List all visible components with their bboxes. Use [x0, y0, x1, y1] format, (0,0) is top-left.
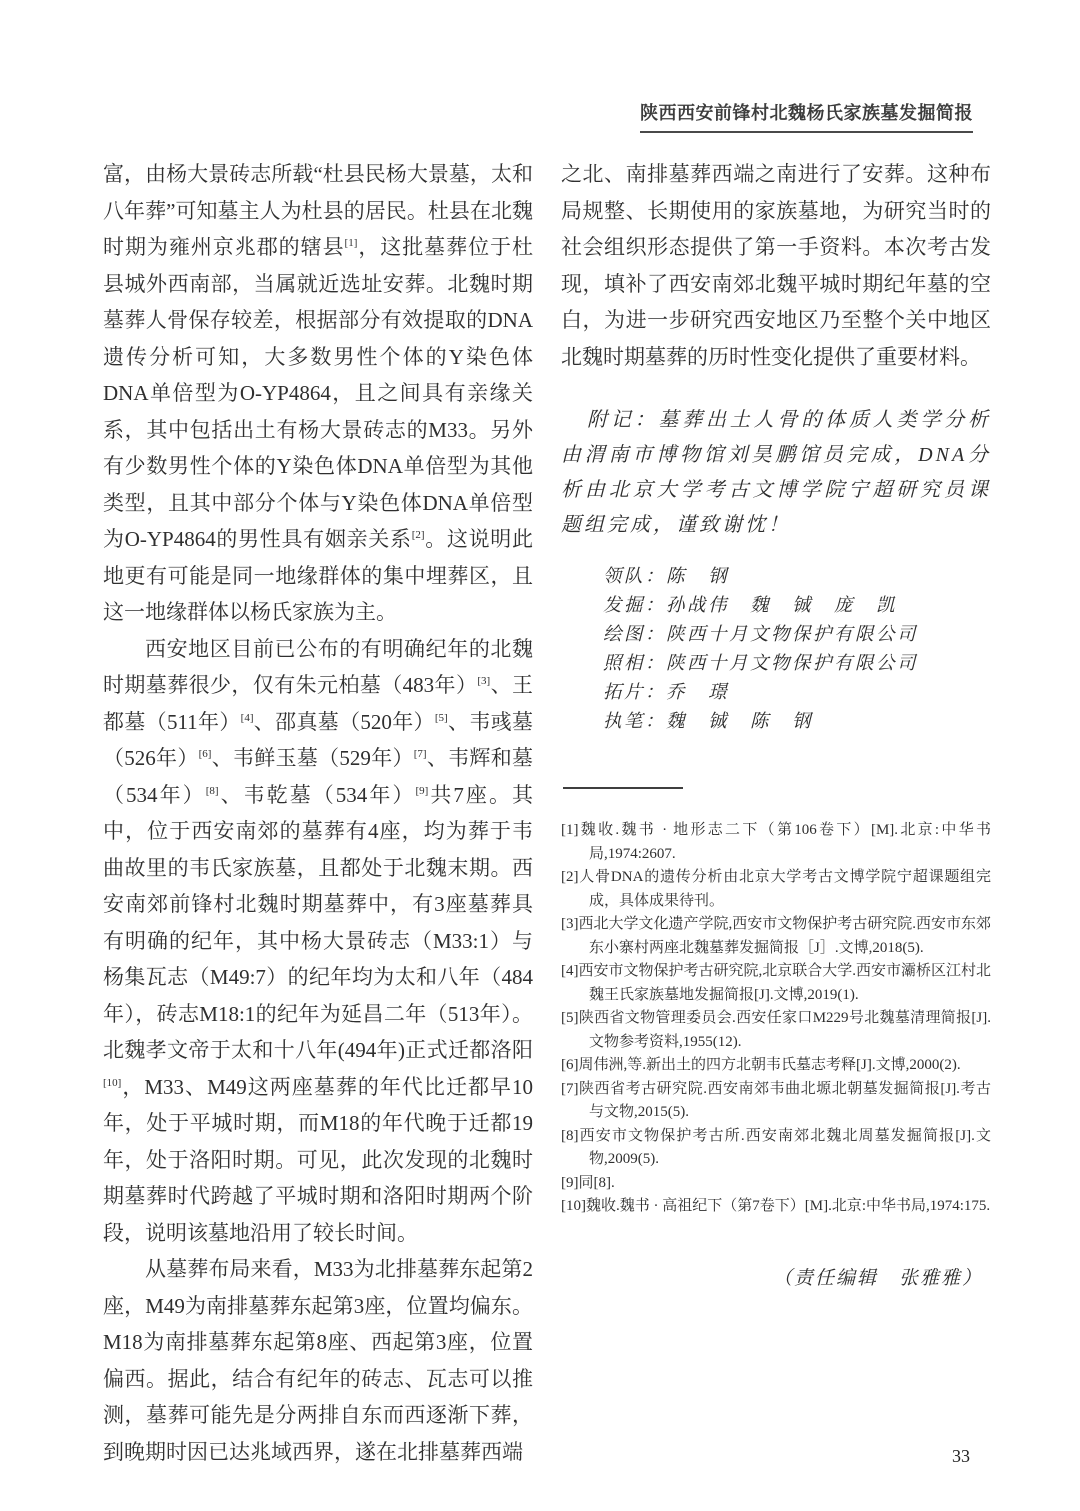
footnote-marker: [3]	[561, 916, 579, 932]
paragraph: 从墓葬布局来看，M33为北排墓葬东起第2座，M49为南排墓葬东起第3座，位置均偏…	[103, 1251, 533, 1470]
credit-line: 执笔：魏 铖 陈 钢	[603, 708, 991, 737]
appendix-note: 附记：墓葬出土人骨的体质人类学分析由渭南市博物馆刘昊鹏馆员完成，DNA分析由北京…	[561, 403, 991, 543]
footnote-separator	[563, 787, 683, 789]
footnotes-list: [1]魏收.魏书 · 地形志二下（第106卷下）[M].北京:中华书局,1974…	[561, 819, 991, 1219]
paragraph: 富，由杨大景砖志所载“杜县民杨大景墓，太和八年葬”可知墓主人为杜县的居民。杜县在…	[103, 156, 533, 631]
footnote-marker: [8]	[561, 1128, 579, 1144]
page-number: 33	[952, 1446, 970, 1467]
footnote-ref: [4]	[241, 712, 254, 724]
credit-role: 执笔：	[603, 712, 666, 732]
credit-names: 陕西十月文物保护有限公司	[666, 625, 918, 645]
credit-line: 领队：陈 钢	[603, 563, 991, 592]
footnote-marker: [6]	[561, 1057, 579, 1073]
two-column-layout: 富，由杨大景砖志所载“杜县民杨大景墓，太和八年葬”可知墓主人为杜县的居民。杜县在…	[103, 156, 991, 1470]
footnote-ref: [9]	[415, 785, 428, 797]
footnote-marker: [1]	[561, 822, 579, 838]
credit-role: 照相：	[603, 654, 666, 674]
footnote-marker: [9]	[561, 1175, 579, 1191]
footnote-item: [3]西北大学文化遗产学院,西安市文物保护考古研究院.西安市东郊东小寨村两座北魏…	[561, 913, 991, 960]
credit-role: 拓片：	[603, 683, 666, 703]
credit-names: 魏 铖 陈 钢	[666, 712, 813, 732]
footnote-item: [8]西安市文物保护考古所.西安南郊北魏北周墓发掘简报[J].文物,2009(5…	[561, 1125, 991, 1172]
left-column: 富，由杨大景砖志所载“杜县民杨大景墓，太和八年葬”可知墓主人为杜县的居民。杜县在…	[103, 156, 533, 1470]
credit-line: 绘图：陕西十月文物保护有限公司	[603, 621, 991, 650]
footnote-item: [1]魏收.魏书 · 地形志二下（第106卷下）[M].北京:中华书局,1974…	[561, 819, 991, 866]
footnote-marker: [7]	[561, 1081, 579, 1097]
credit-names: 乔 璟	[666, 683, 729, 703]
footnote-item: [2]人骨DNA的遗传分析由北京大学考古文博学院宁超课题组完成，具体成果待刊。	[561, 866, 991, 913]
running-head-title: 陕西西安前锋村北魏杨氏家族墓发掘简报	[640, 99, 973, 133]
footnote-item: [6]周伟洲,等.新出土的四方北朝韦氏墓志考释[J].文博,2000(2).	[561, 1054, 991, 1078]
footnote-item: [5]陕西省文物管理委员会.西安任家口M229号北魏墓清理简报[J].文物参考资…	[561, 1007, 991, 1054]
footnote-marker: [4]	[561, 963, 579, 979]
footnote-marker: [2]	[561, 869, 579, 885]
credit-line: 拓片：乔 璟	[603, 679, 991, 708]
credit-names: 陕西十月文物保护有限公司	[666, 654, 918, 674]
paragraph: 之北、南排墓葬西端之南进行了安葬。这种布局规整、长期使用的家族墓地，为研究当时的…	[561, 156, 991, 375]
footnote-marker: [10]	[561, 1198, 586, 1214]
credit-line: 发掘：孙战伟 魏 铖 庞 凯	[603, 592, 991, 621]
credit-role: 绘图：	[603, 625, 666, 645]
footnote-item: [7]陕西省考古研究院.西安南郊韦曲北塬北朝墓发掘简报[J].考古与文物,201…	[561, 1078, 991, 1125]
editor-line: （责任编辑 张雅雅）	[561, 1263, 983, 1290]
credit-role: 发掘：	[603, 596, 666, 616]
journal-page: 陕西西安前锋村北魏杨氏家族墓发掘简报 富，由杨大景砖志所载“杜县民杨大景墓，太和…	[0, 0, 1080, 1511]
footnote-item: [9]同[8].	[561, 1172, 991, 1196]
credit-names: 孙战伟 魏 铖 庞 凯	[666, 596, 897, 616]
footnote-ref: [10]	[103, 1077, 121, 1089]
footnote-item: [4]西安市文物保护考古研究院,北京联合大学.西安市灞桥区江村北魏王氏家族墓地发…	[561, 960, 991, 1007]
footnote-item: [10]魏收.魏书 · 高祖纪下（第7卷下）[M].北京:中华书局,1974:1…	[561, 1195, 991, 1219]
footnote-ref: [3]	[477, 675, 490, 687]
footnote-ref: [6]	[199, 748, 212, 760]
footnote-marker: [5]	[561, 1010, 579, 1026]
credit-role: 领队：	[603, 567, 666, 587]
credit-names: 陈 钢	[666, 567, 729, 587]
footnote-ref: [1]	[345, 237, 358, 249]
footnote-ref: [5]	[435, 712, 448, 724]
footnote-ref: [7]	[414, 748, 427, 760]
right-column-paragraphs: 之北、南排墓葬西端之南进行了安葬。这种布局规整、长期使用的家族墓地，为研究当时的…	[561, 156, 991, 375]
credit-line: 照相：陕西十月文物保护有限公司	[603, 650, 991, 679]
credits-list: 领队：陈 钢发掘：孙战伟 魏 铖 庞 凯绘图：陕西十月文物保护有限公司照相：陕西…	[603, 563, 991, 737]
paragraph: 西安地区目前已公布的有明确纪年的北魏时期墓葬很少，仅有朱元柏墓（483年）[3]…	[103, 631, 533, 1252]
footnote-ref: [2]	[412, 529, 425, 541]
right-column: 之北、南排墓葬西端之南进行了安葬。这种布局规整、长期使用的家族墓地，为研究当时的…	[561, 156, 991, 1470]
footnote-ref: [8]	[206, 785, 219, 797]
